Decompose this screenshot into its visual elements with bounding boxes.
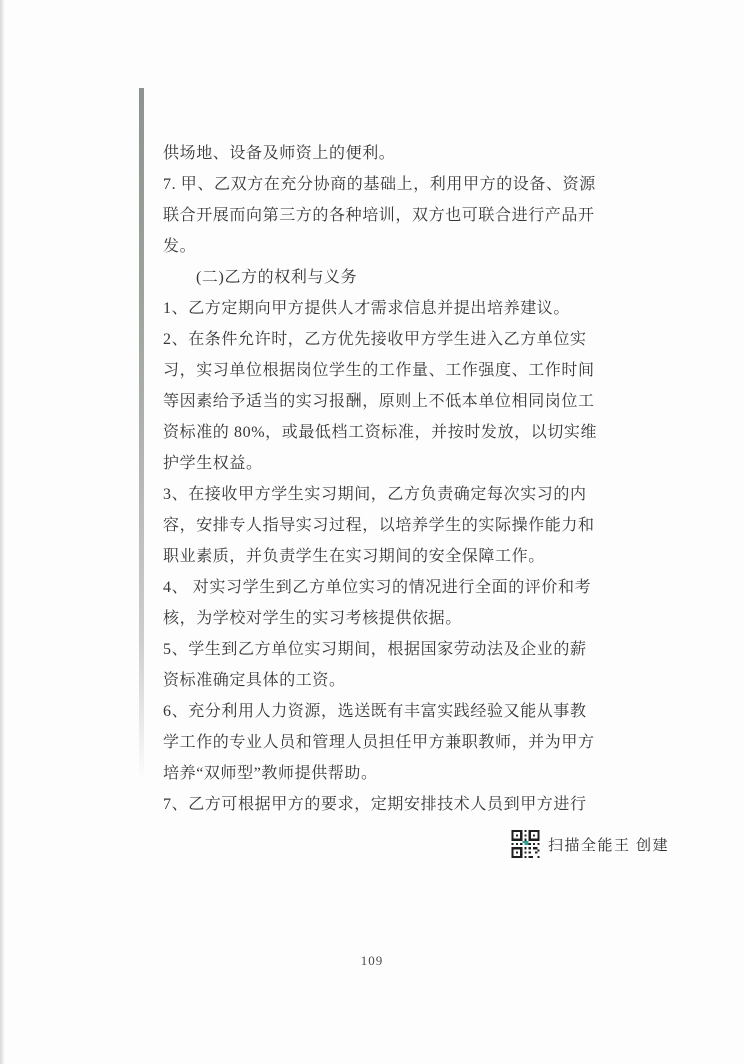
page-number: 109	[0, 953, 744, 969]
document-line: 习，实习单位根据岗位学生的工作量、工作强度、工作时间	[163, 355, 593, 386]
document-line: 7. 甲、乙双方在充分协商的基础上，利用甲方的设备、资源	[163, 169, 593, 200]
document-line: 2、在条件允许时，乙方优先接收甲方学生进入乙方单位实	[163, 324, 593, 355]
document-line: 学工作的专业人员和管理人员担任甲方兼职教师，并为甲方	[163, 727, 593, 758]
page-edge-shadow	[0, 0, 5, 1064]
document-line: 1、乙方定期向甲方提供人才需求信息并提出培养建议。	[163, 293, 593, 324]
document-line: 7、乙方可根据甲方的要求，定期安排技术人员到甲方进行	[163, 789, 593, 820]
document-line: 核，为学校对学生的实习考核提供依据。	[163, 603, 593, 634]
scan-artifact-line	[139, 88, 144, 780]
document-line: 4、 对实习学生到乙方单位实习的情况进行全面的评价和考	[163, 572, 593, 603]
document-line: 3、在接收甲方学生实习期间，乙方负责确定每次实习的内	[163, 479, 593, 510]
section-heading: (二)乙方的权利与义务	[163, 262, 593, 293]
document-line: 供场地、设备及师资上的便利。	[163, 138, 593, 169]
document-line: 发。	[163, 231, 593, 262]
document-line: 护学生权益。	[163, 448, 593, 479]
document-line: 容，安排专人指导实习过程，以培养学生的实际操作能力和	[163, 510, 593, 541]
qr-code-icon	[511, 830, 540, 858]
camscanner-watermark: 扫描全能王 创建	[511, 830, 669, 858]
watermark-label: 扫描全能王 创建	[548, 834, 669, 855]
document-line: 资标准的 80%，或最低档工资标准，并按时发放，以切实维	[163, 417, 593, 448]
document-line: 职业素质，并负责学生在实习期间的安全保障工作。	[163, 541, 593, 572]
document-body: 供场地、设备及师资上的便利。 7. 甲、乙双方在充分协商的基础上，利用甲方的设备…	[163, 138, 593, 820]
scanned-document-page: 供场地、设备及师资上的便利。 7. 甲、乙双方在充分协商的基础上，利用甲方的设备…	[0, 0, 744, 1064]
document-line: 6、充分利用人力资源，选送既有丰富实践经验又能从事教	[163, 696, 593, 727]
document-line: 联合开展而向第三方的各种培训，双方也可联合进行产品开	[163, 200, 593, 231]
document-line: 培养“双师型”教师提供帮助。	[163, 758, 593, 789]
document-line: 等因素给予适当的实习报酬，原则上不低本单位相同岗位工	[163, 386, 593, 417]
document-line: 资标准确定具体的工资。	[163, 665, 593, 696]
document-line: 5、学生到乙方单位实习期间，根据国家劳动法及企业的薪	[163, 634, 593, 665]
